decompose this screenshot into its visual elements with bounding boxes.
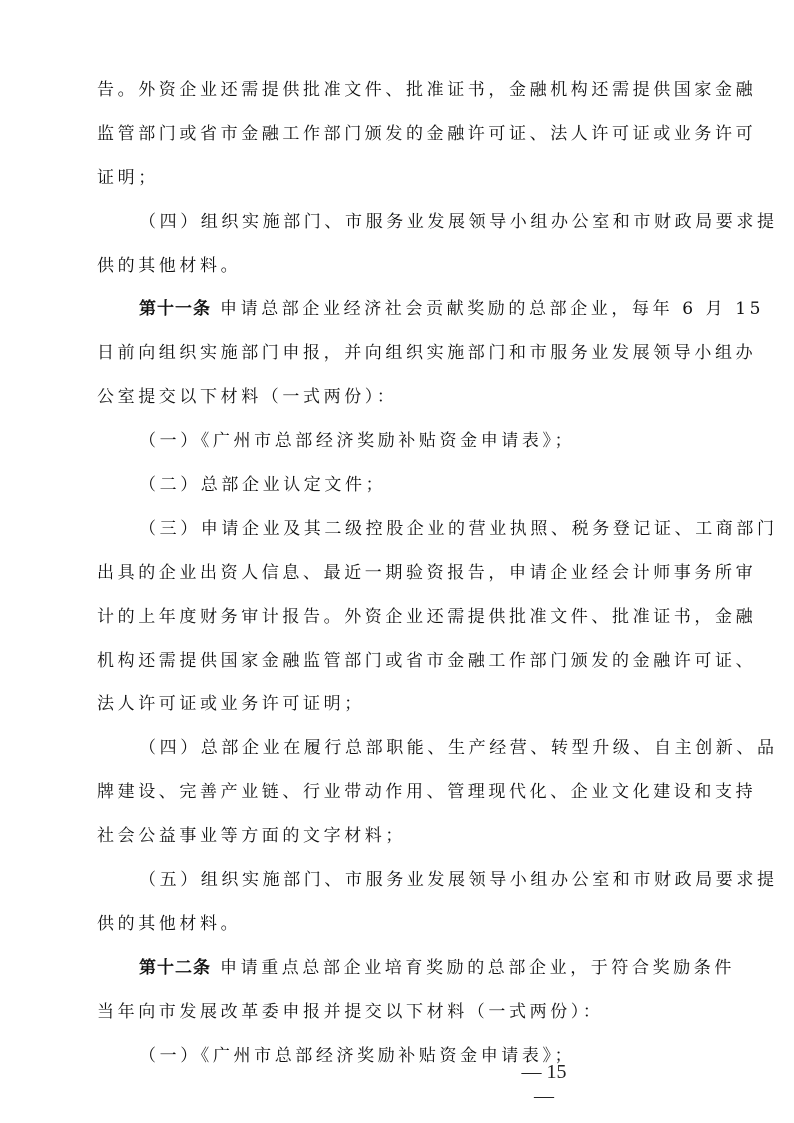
text-line: 日前向组织实施部门申报，并向组织实施部门和市服务业发展领导小组办	[97, 332, 701, 376]
document-page: 告。外资企业还需提供批准文件、批准证书，金融机构还需提供国家金融 监管部门或省市…	[97, 69, 701, 1078]
list-item: （五）组织实施部门、市服务业发展领导小组办公室和市财政局要求提	[97, 859, 701, 903]
text-line: 供的其他材料。	[97, 903, 701, 947]
list-item: （三）申请企业及其二级控股企业的营业执照、税务登记证、工商部门	[97, 508, 701, 552]
text-line: 公室提交以下材料（一式两份）：	[97, 376, 701, 420]
page-number: — 15 —	[512, 1060, 576, 1108]
text-line: 法人许可证或业务许可证明；	[97, 683, 701, 727]
text-line: （四）组织实施部门、市服务业发展领导小组办公室和市财政局要求提	[97, 201, 701, 245]
article-heading: 第十一条	[139, 299, 211, 319]
list-item: （一）《广州市总部经济奖励补贴资金申请表》；	[97, 420, 701, 464]
text-line: 当年向市发展改革委申报并提交以下材料（一式两份）：	[97, 991, 701, 1035]
article-12-first-line: 第十二条 申请重点总部企业培育奖励的总部企业，于符合奖励条件	[97, 947, 701, 991]
article-11-first-line: 第十一条 申请总部企业经济社会贡献奖励的总部企业，每年 6 月 15	[97, 288, 701, 332]
list-item: （四）总部企业在履行总部职能、生产经营、转型升级、自主创新、品	[97, 727, 701, 771]
text-line: 监管部门或省市金融工作部门颁发的金融许可证、法人许可证或业务许可	[97, 113, 701, 157]
text-span: 申请重点总部企业培育奖励的总部企业，于符合奖励条件	[211, 958, 735, 978]
text-line: 证明；	[97, 157, 701, 201]
text-line: 出具的企业出资人信息、最近一期验资报告，申请企业经会计师事务所审	[97, 552, 701, 596]
text-line: 供的其他材料。	[97, 245, 701, 289]
list-item: （二）总部企业认定文件；	[97, 464, 701, 508]
text-line: 机构还需提供国家金融监管部门或省市金融工作部门颁发的金融许可证、	[97, 640, 701, 684]
article-heading: 第十二条	[139, 958, 211, 978]
text-line: 社会公益事业等方面的文字材料；	[97, 815, 701, 859]
text-line: 告。外资企业还需提供批准文件、批准证书，金融机构还需提供国家金融	[97, 69, 701, 113]
text-line: 牌建设、完善产业链、行业带动作用、管理现代化、企业文化建设和支持	[97, 771, 701, 815]
text-line: 计的上年度财务审计报告。外资企业还需提供批准文件、批准证书，金融	[97, 596, 701, 640]
text-span: 申请总部企业经济社会贡献奖励的总部企业，每年 6 月 15	[211, 299, 764, 319]
list-item: （一）《广州市总部经济奖励补贴资金申请表》；	[97, 1035, 701, 1079]
